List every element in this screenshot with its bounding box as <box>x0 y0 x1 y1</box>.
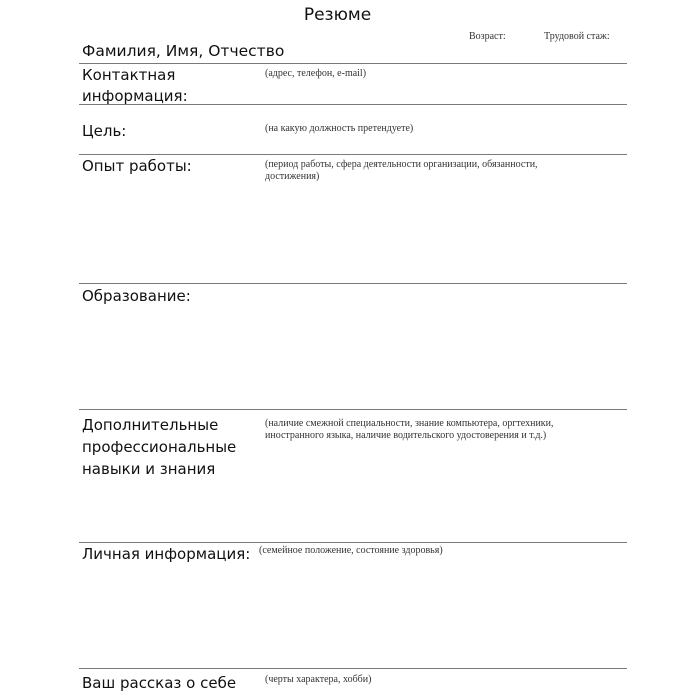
education-label-line: Образование: <box>82 286 191 307</box>
personal-label: Личная информация: <box>82 544 250 565</box>
divider <box>79 542 627 543</box>
experience-years-label: Трудовой стаж: <box>544 31 610 42</box>
experience-hint-line: достижения) <box>265 171 538 183</box>
full-name-label: Фамилия, Имя, Отчество <box>82 42 284 60</box>
goal-hint: (на какую должность претендуете) <box>265 123 413 135</box>
contact-hint: (адрес, телефон, e-mail) <box>265 68 366 80</box>
divider <box>79 668 627 669</box>
contact-label-line: Контактная <box>82 65 188 86</box>
contact-label: Контактная информация: <box>82 65 188 107</box>
experience-label: Опыт работы: <box>82 156 192 177</box>
skills-label-line: навыки и знания <box>82 458 236 480</box>
divider <box>79 63 627 64</box>
education-label: Образование: <box>82 286 191 307</box>
experience-label-line: Опыт работы: <box>82 156 192 177</box>
goal-label: Цель: <box>82 121 126 142</box>
experience-hint: (период работы, сфера деятельности орган… <box>265 159 538 183</box>
skills-label-line: профессиональные <box>82 436 236 458</box>
divider <box>79 104 627 105</box>
divider <box>79 283 627 284</box>
skills-hint: (наличие смежной специальности, знание к… <box>265 418 554 442</box>
age-label: Возраст: <box>469 31 506 42</box>
divider <box>79 154 627 155</box>
skills-hint-line: иностранного языка, наличие водительског… <box>265 430 554 442</box>
experience-hint-line: (период работы, сфера деятельности орган… <box>265 159 538 171</box>
about-label-line: Ваш рассказ о себе <box>82 673 236 694</box>
about-hint: (черты характера, хобби) <box>265 674 371 686</box>
personal-hint: (семейное положение, состояние здоровья) <box>259 545 443 557</box>
about-label: Ваш рассказ о себе <box>82 673 236 694</box>
document-title: Резюме <box>0 5 675 25</box>
divider <box>79 409 627 410</box>
goal-label-line: Цель: <box>82 121 126 142</box>
skills-label: Дополнительные профессиональные навыки и… <box>82 414 236 480</box>
skills-hint-line: (наличие смежной специальности, знание к… <box>265 418 554 430</box>
skills-label-line: Дополнительные <box>82 414 236 436</box>
personal-label-line: Личная информация: <box>82 544 250 565</box>
